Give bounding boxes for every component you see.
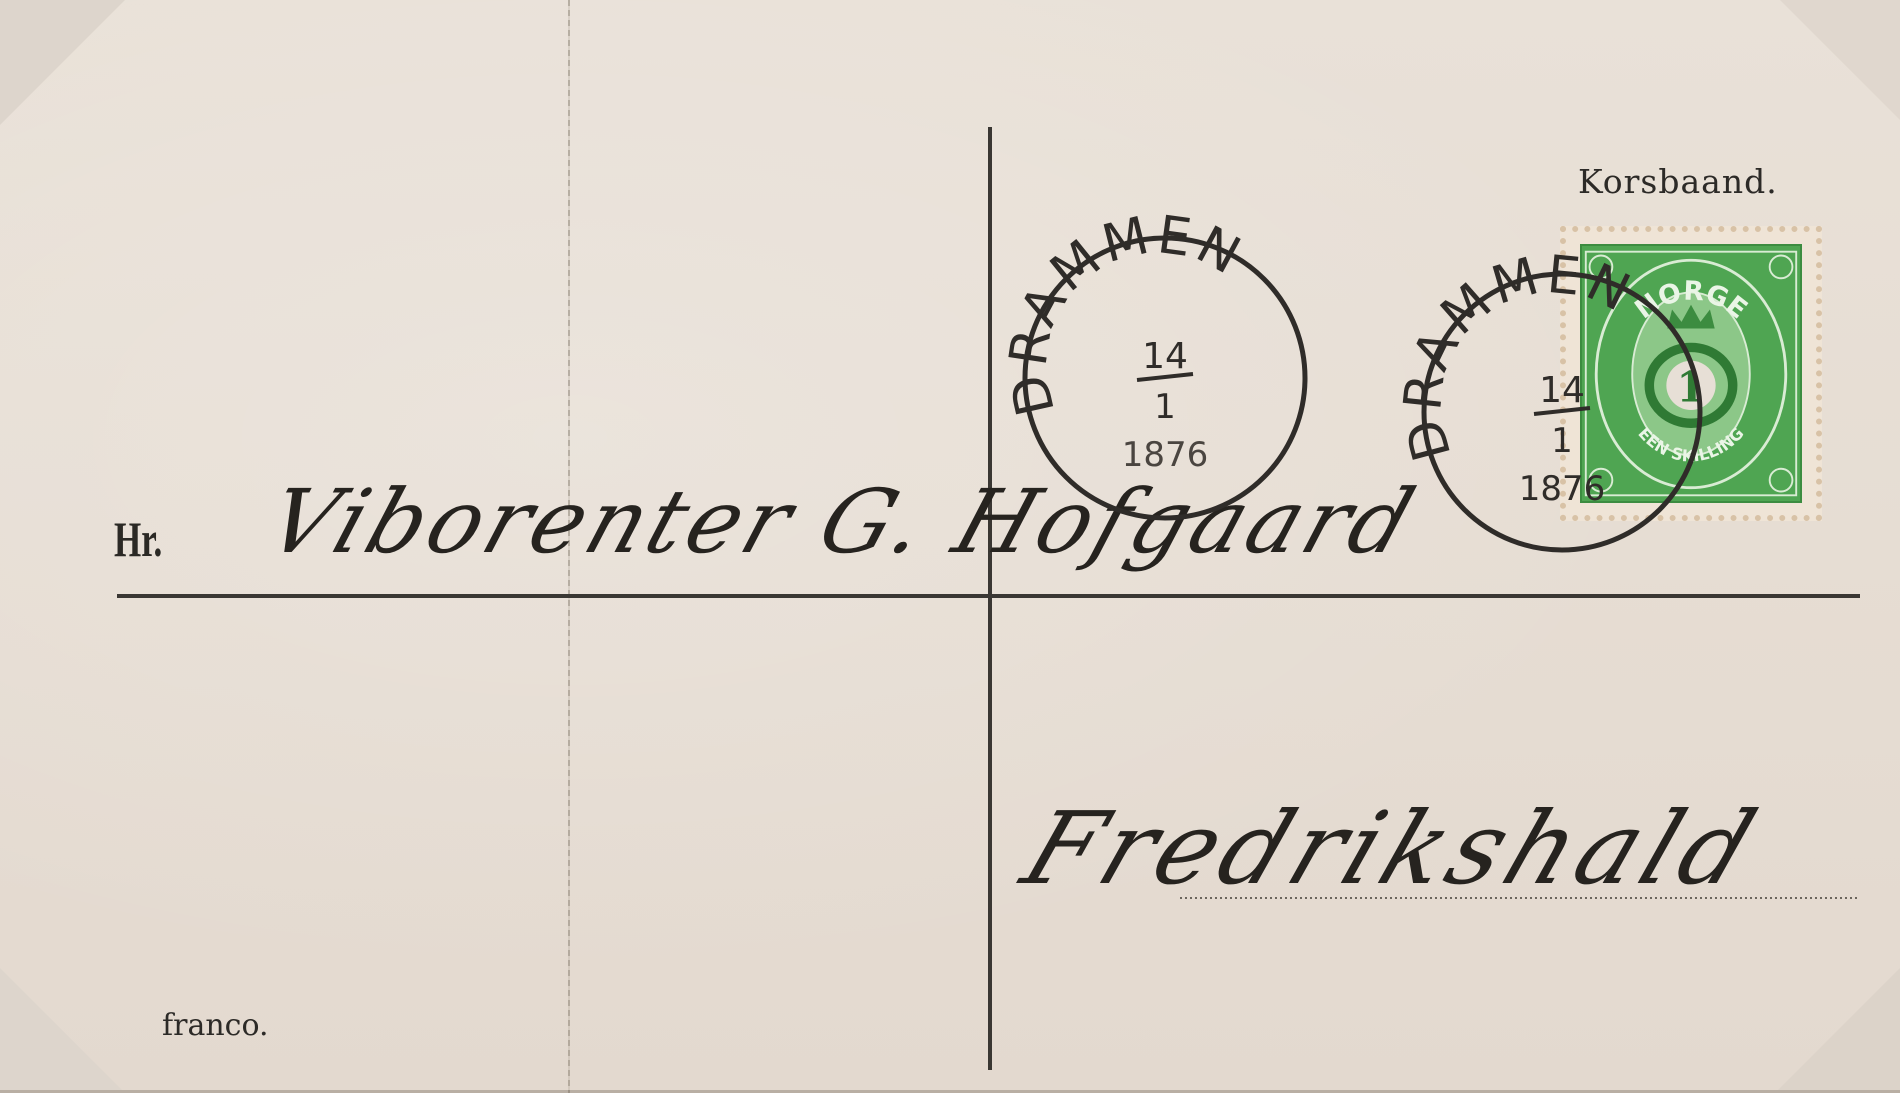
svg-text:DRAMMEN: DRAMMEN xyxy=(999,205,1253,421)
folded-corner-bottom-right xyxy=(1775,968,1900,1093)
svg-text:DRAMMEN: DRAMMEN xyxy=(1393,245,1642,467)
printed-vertical-rule xyxy=(988,127,992,1070)
postmark-left: DRAMMEN 14 1 1876 xyxy=(1015,228,1315,528)
folded-corner-top-right xyxy=(1780,0,1900,120)
korsbaand-label: Korsbaand. xyxy=(1578,162,1778,201)
folded-corner-top-left xyxy=(0,0,125,125)
svg-text:1876: 1876 xyxy=(1519,469,1606,509)
svg-text:1876: 1876 xyxy=(1122,435,1209,475)
svg-text:1: 1 xyxy=(1154,387,1176,427)
handwritten-destination: Fredrikshald xyxy=(1009,790,1776,907)
svg-text:14: 14 xyxy=(1142,336,1188,377)
folded-corner-bottom-left xyxy=(0,968,125,1093)
salutation-label: Hr. xyxy=(114,510,162,568)
svg-text:1: 1 xyxy=(1551,421,1573,461)
postal-cover: Korsbaand. Hr. franco. Viborenter G. Hof… xyxy=(0,0,1900,1093)
postmark-right: DRAMMEN 14 1 1876 xyxy=(1412,262,1712,562)
franco-label: franco. xyxy=(162,1008,269,1043)
svg-text:14: 14 xyxy=(1539,370,1585,411)
printed-address-rule xyxy=(117,594,1860,598)
